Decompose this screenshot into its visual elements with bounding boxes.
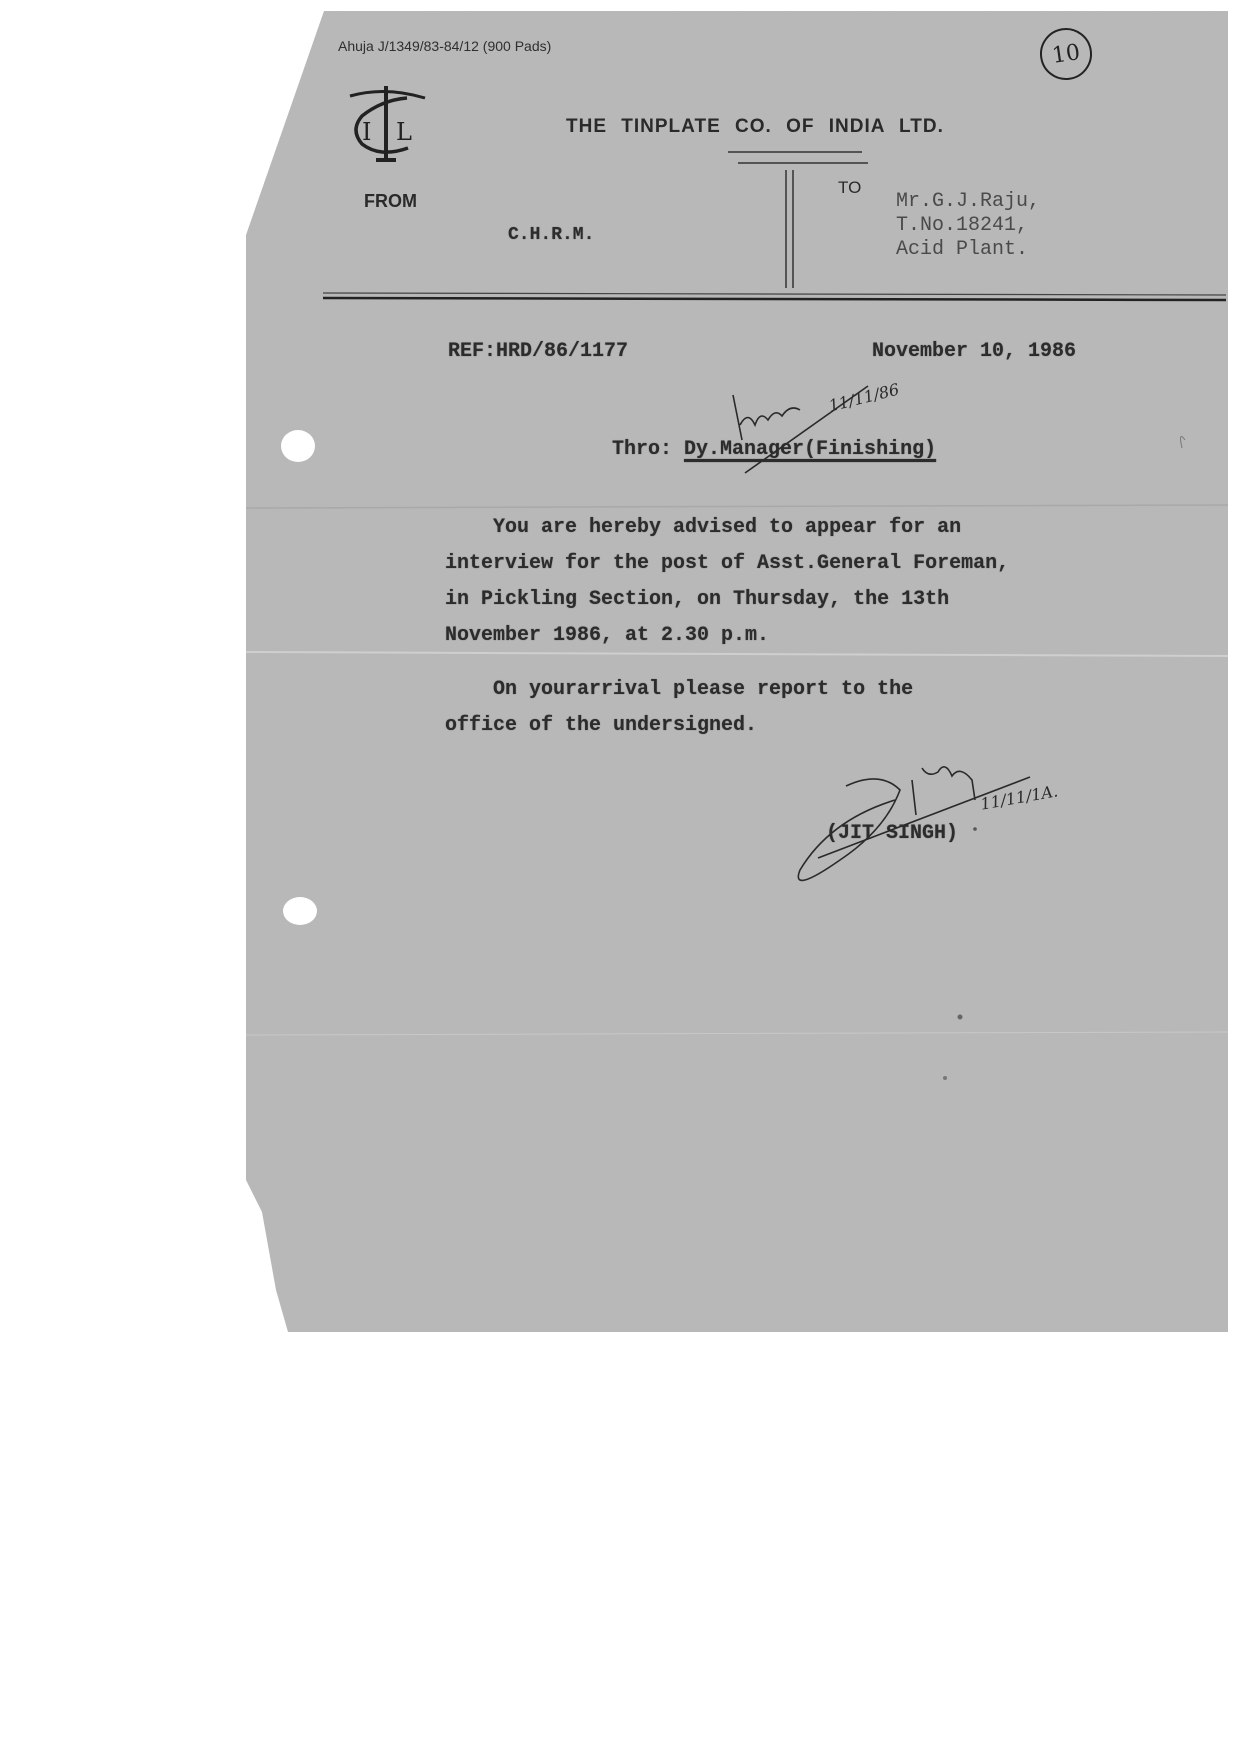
punch-hole (283, 897, 317, 925)
signatory-name: (JIT SINGH) (826, 822, 958, 845)
recipient-name: Mr.G.J.Raju, (896, 190, 1040, 214)
body-line: On yourarrival please report to the (445, 672, 913, 708)
sender: C.H.R.M. (508, 225, 594, 245)
paper-sheet: I L (0, 0, 1241, 1754)
from-label: FROM (364, 191, 417, 212)
through-label: Thro: (612, 438, 672, 461)
body-line: interview for the post of Asst.General F… (445, 546, 1009, 582)
company-name: THE TINPLATE CO. OF INDIA LTD. (566, 116, 944, 138)
recipient-token: T.No.18241, (896, 214, 1040, 238)
svg-text:L: L (396, 118, 412, 146)
body-line: You are hereby advised to appear for an (445, 510, 1009, 546)
svg-text:I: I (362, 118, 371, 146)
punch-hole (281, 430, 315, 462)
body-line: in Pickling Section, on Thursday, the 13… (445, 582, 1009, 618)
body-line: office of the undersigned. (445, 708, 913, 744)
pad-code: Ahuja J/1349/83-84/12 (900 Pads) (338, 38, 551, 54)
body-line: November 1986, at 2.30 p.m. (445, 618, 1009, 654)
letter-date: November 10, 1986 (872, 340, 1076, 363)
scanned-letter: I L Ahuja J/1349/83-84/12 (900 Pads) 10 … (0, 0, 1241, 1754)
through-department: Dy.Manager(Finishing) (684, 438, 936, 461)
recipient-address: Mr.G.J.Raju, T.No.18241, Acid Plant. (896, 190, 1040, 262)
body-paragraph-2: On yourarrival please report to the offi… (445, 672, 913, 744)
through-line: Thro: Dy.Manager(Finishing) (612, 438, 936, 461)
recipient-department: Acid Plant. (896, 238, 1040, 262)
reference-number: REF:HRD/86/1177 (448, 340, 628, 363)
body-paragraph-1: You are hereby advised to appear for an … (445, 510, 1009, 654)
to-label: TO (838, 178, 861, 198)
